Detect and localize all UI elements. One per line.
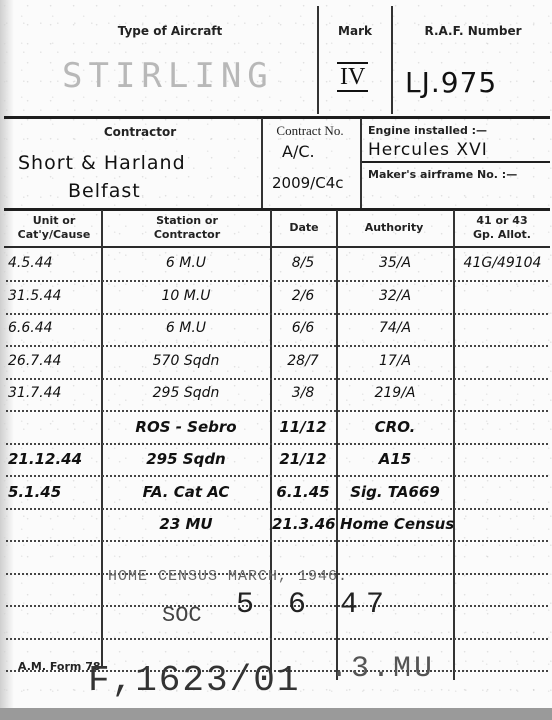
struck-off-charge-stamp: SOC [162,603,202,628]
cell-date: 6/6 [272,320,334,336]
cell-unit: 31.7.44 [8,385,98,401]
cell-station: 295 Sqdn [104,450,268,468]
row-rule [6,443,548,445]
cell-date: 21/12 [272,450,334,468]
cell-date: 28/7 [272,353,334,369]
contract-no-label: Contract No. [262,124,358,138]
cell-station: ROS - Sebro [104,418,268,436]
cell-authority: Home Census [340,515,450,533]
column-header-unit: Unit or Cat'y/Cause [6,214,102,242]
cell-date: 8/5 [272,255,334,271]
contract-no-value-line2: 2009/C4c [272,174,344,192]
contractor-value-line1: Short & Harland [18,152,186,174]
cell-station: 570 Sqdn [104,353,268,369]
cell-authority: 219/A [340,385,450,401]
raf-number-label: R.A.F. Number [408,24,538,38]
column-header-authority: Authority [338,221,450,235]
cell-date: 21.3.46 [272,515,334,533]
row-rule [6,378,548,380]
cell-station: 295 Sqdn [104,385,268,401]
row-rule [6,475,548,477]
cell-date: 6.1.45 [272,483,334,501]
cell-unit: 26.7.44 [8,353,98,369]
scan-border [0,708,552,720]
column-header-line: Contractor [104,228,270,242]
divider [360,118,362,208]
cell-date: 3/8 [272,385,334,401]
row-rule [6,313,548,315]
column-divider [101,210,103,666]
cell-authority: 74/A [340,320,450,336]
cell-allot: 41G/49104 [455,255,550,271]
cell-authority: 17/A [340,353,450,369]
cell-authority: 35/A [340,255,450,271]
cell-unit: 6.6.44 [8,320,98,336]
divider [362,161,550,163]
row-rule [6,280,548,282]
divider [4,116,550,119]
contract-no-value-line1: A/C. [282,142,315,161]
cell-station: 6 M.U [104,320,268,336]
unit-stamp: .3.MU [330,652,435,686]
column-header-line: 41 or 43 [456,214,548,228]
cell-station: 6 M.U [104,255,268,271]
mark-value: IV [337,62,368,92]
column-header-station: Station or Contractor [104,214,270,242]
row-rule [6,540,548,542]
aircraft-record-card: Type of Aircraft STIRLING Mark IV R.A.F.… [0,0,552,712]
struck-off-charge-date: 5 6 47 [236,588,392,622]
cell-unit: 5.1.45 [8,483,98,501]
engine-installed-value: Hercules XVI [368,140,488,160]
aircraft-type-value: STIRLING [62,56,274,96]
row-rule [6,410,548,412]
home-census-stamp: HOME CENSUS MARCH, 1946. [108,568,348,585]
cell-date: 2/6 [272,288,334,304]
divider [4,208,550,211]
row-rule [6,638,548,640]
reference-stamp: F,1623/01 [88,660,300,701]
engine-installed-label: Engine installed :— [368,124,548,138]
divider [391,6,393,114]
column-header-line: Station or [104,214,270,228]
column-header-line: Gp. Allot. [456,228,548,242]
cell-unit: 4.5.44 [8,255,98,271]
cell-authority: CRO. [340,418,450,436]
column-header-line: Cat'y/Cause [6,228,102,242]
cell-date: 11/12 [272,418,334,436]
contractor-value-line2: Belfast [68,180,141,202]
type-of-aircraft-label: Type of Aircraft [90,24,250,38]
row-rule [6,345,548,347]
cell-authority: 32/A [340,288,450,304]
cell-authority: A15 [340,450,450,468]
cell-station: 10 M.U [104,288,268,304]
contractor-label: Contractor [80,125,200,139]
cell-station: FA. Cat AC [104,483,268,501]
cell-unit: 21.12.44 [8,450,98,468]
divider [4,246,550,248]
mark-label: Mark [330,24,380,38]
raf-number-value: LJ.975 [405,66,497,99]
column-header-line: Unit or [6,214,102,228]
column-header-group-allotment: 41 or 43 Gp. Allot. [456,214,548,242]
row-rule [6,508,548,510]
cell-station: 23 MU [104,515,268,533]
cell-unit: 31.5.44 [8,288,98,304]
makers-airframe-no-label: Maker's airframe No. :— [368,168,548,182]
divider [317,6,319,114]
column-header-date: Date [272,221,336,235]
cell-authority: Sig. TA669 [340,483,450,501]
